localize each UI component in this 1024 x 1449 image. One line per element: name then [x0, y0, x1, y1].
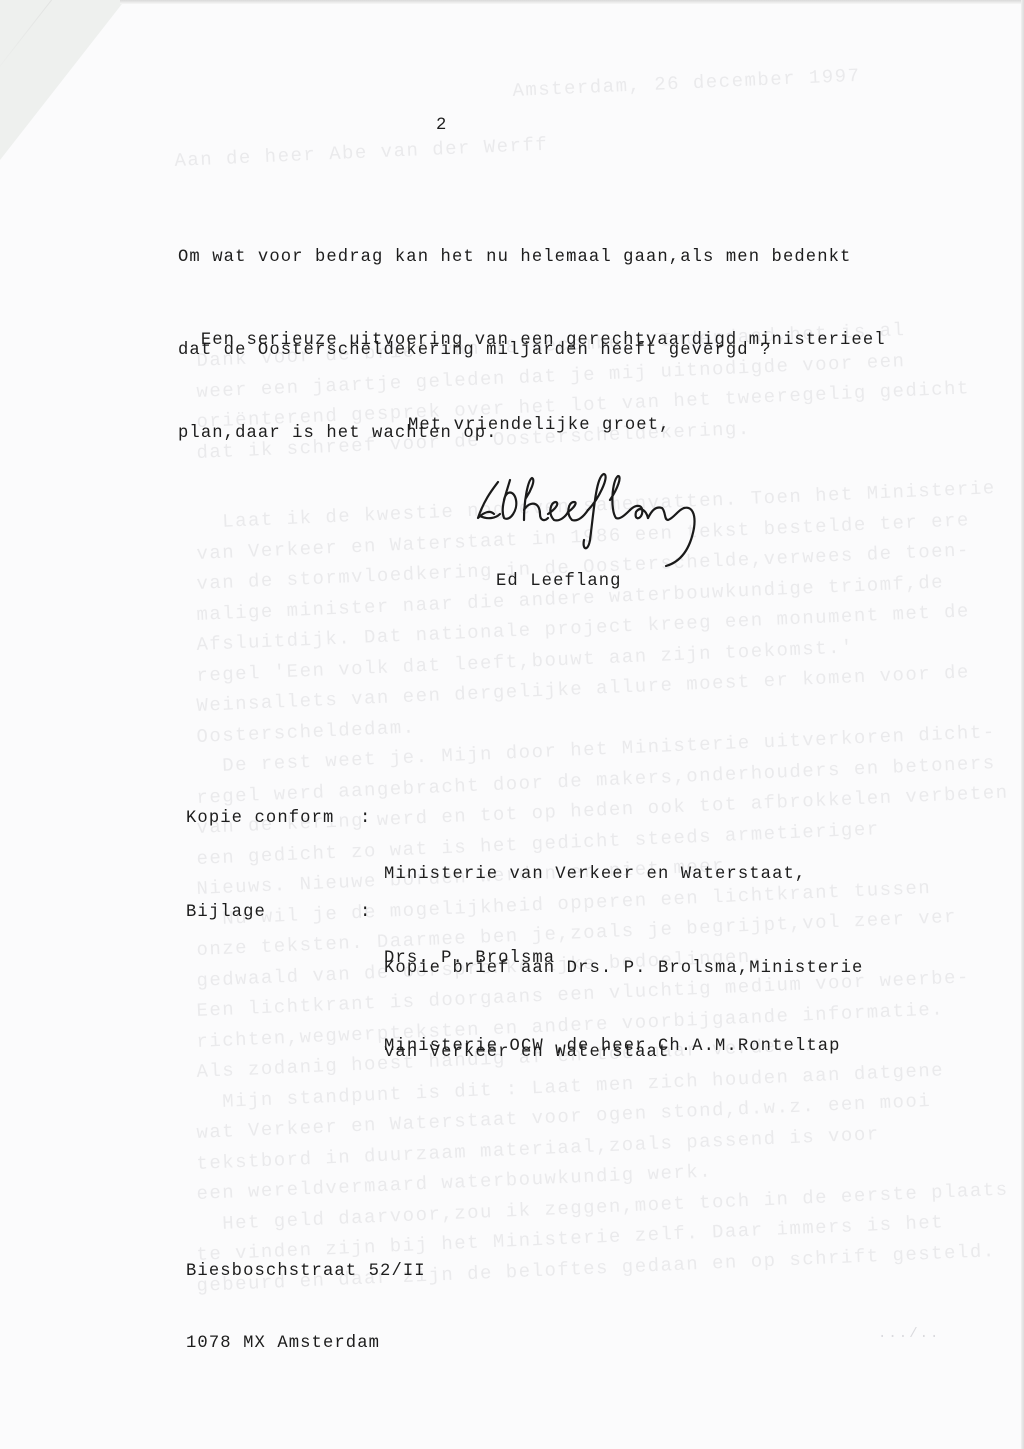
bijlage-label: Bijlage — [186, 899, 266, 927]
show-through-continuation: .../.. — [878, 1326, 940, 1342]
sender-address: Biesboschstraat 52/II 1078 MX Amsterdam — [186, 1212, 426, 1404]
show-through-line: Aan de heer Abe van der Werff — [174, 134, 549, 172]
letter-page: Amsterdam, 26 december 1997 Aan de heer … — [0, 0, 1024, 1449]
kopie-conform-line-1: Ministerie van Verkeer en Waterstaat, — [384, 861, 841, 889]
bijlage-line-1: Kopie brief aan Drs. P. Brolsma,Minister… — [384, 955, 863, 983]
address-city: 1078 MX Amsterdam — [186, 1332, 426, 1356]
bijlage-items: Kopie brief aan Drs. P. Brolsma,Minister… — [384, 899, 863, 1123]
bijlage-block: Bijlage : Kopie brief aan Drs. P. Brolsm… — [186, 899, 232, 1039]
signature-image — [470, 470, 760, 570]
paper-top-edge — [120, 0, 1024, 4]
bijlage-colon: : — [360, 899, 371, 927]
show-through-line: Oosterscheldedam. — [196, 716, 416, 748]
page-number: 2 — [436, 110, 447, 141]
kopie-conform-label: Kopie conform — [186, 805, 334, 833]
folded-corner — [0, 0, 125, 160]
paragraph-2-line-1: Een serieuze uitvoering van een gerechtv… — [178, 325, 886, 356]
kopie-conform-colon: : — [360, 805, 371, 833]
signer-name: Ed Leeflang — [496, 566, 622, 597]
closing-salutation: Met vriendelijke groet, — [408, 410, 671, 441]
bijlage-line-2: van Verkeer en Waterstaat — [384, 1039, 863, 1067]
address-street: Biesboschstraat 52/II — [186, 1260, 426, 1284]
show-through-date: Amsterdam, 26 december 1997 — [512, 65, 861, 102]
